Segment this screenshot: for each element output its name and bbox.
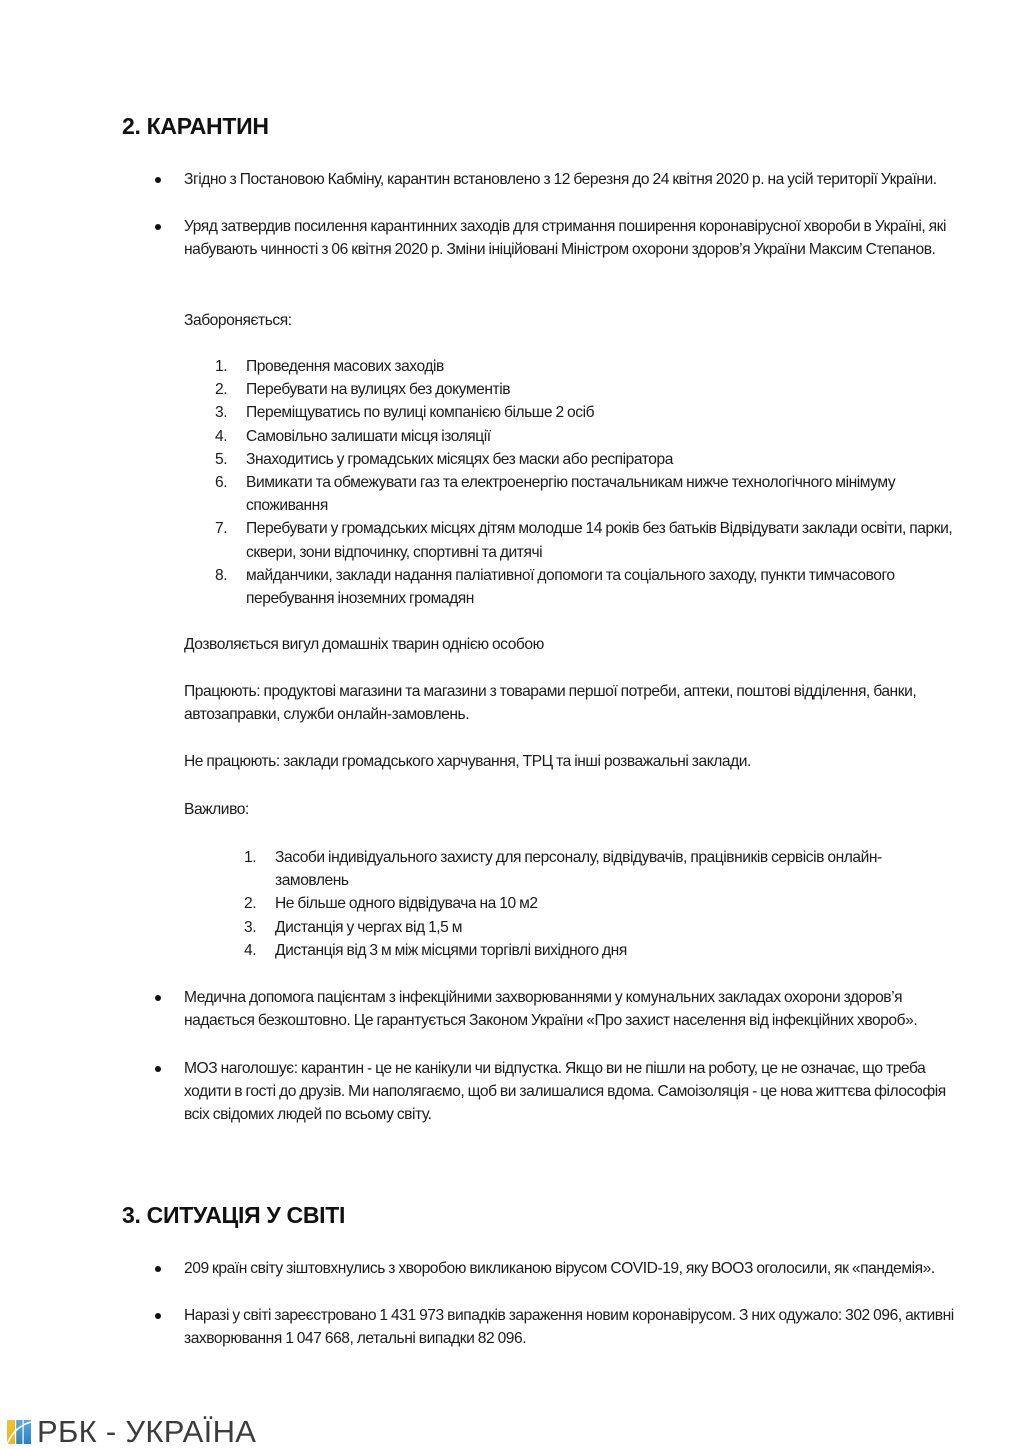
list-item: 4.Самовільно залишати місця ізоляції — [246, 425, 966, 448]
list-item: 5.Знаходитись у громадських місяцях без … — [246, 448, 966, 471]
forbidden-list: 1.Проведення масових заходів 2.Перебуват… — [246, 355, 966, 610]
bullet-item: 209 країн світу зіштовхнулись з хворобою… — [184, 1257, 964, 1280]
important-list: 1.Засоби індивідуального захисту для пер… — [275, 846, 955, 962]
bullet-item: МОЗ наголошує: карантин - це не канікули… — [184, 1057, 964, 1127]
section-3-heading: 3. СИТУАЦІЯ У СВІТІ — [122, 1202, 345, 1229]
document-page: 2. КАРАНТИН Згідно з Постановою Кабміну,… — [0, 0, 1024, 1449]
list-item: 3.Переміщуватись по вулиці компанією біл… — [246, 401, 966, 424]
forbidden-label: Забороняється: — [184, 309, 964, 332]
list-item: 7.Перебувати у громадських місцях дітям … — [246, 517, 966, 563]
rbc-logo-mark-icon — [7, 1420, 31, 1444]
list-item: 3.Дистанція у чергах від 1,5 м — [275, 916, 955, 939]
list-item: 6.Вимикати та обмежувати газ та електрое… — [246, 471, 966, 517]
important-label: Важливо: — [184, 798, 964, 821]
list-item: 8.майданчики, заклади надання паліативно… — [246, 564, 966, 610]
not-working-text: Не працюють: заклади громадського харчув… — [184, 750, 964, 773]
section-2-heading: 2. КАРАНТИН — [122, 113, 269, 140]
list-item: 2.Перебувати на вулицях без документів — [246, 378, 966, 401]
list-item: 1.Проведення масових заходів — [246, 355, 966, 378]
bullet-item: Уряд затвердив посилення карантинних зах… — [184, 215, 964, 261]
rbc-ukraine-logo: РБК - УКРАЇНА — [7, 1416, 256, 1447]
allowed-text: Дозволяється вигул домашніх тварин одніє… — [184, 633, 964, 656]
logo-text: РБК - УКРАЇНА — [37, 1416, 256, 1447]
list-item: 1.Засоби індивідуального захисту для пер… — [275, 846, 955, 892]
working-text: Працюють: продуктові магазини та магазин… — [184, 680, 964, 726]
bullet-item: Згідно з Постановою Кабміну, карантин вс… — [184, 168, 964, 191]
bullet-item: Наразі у світі зареєстровано 1 431 973 в… — [184, 1304, 964, 1350]
list-item: 4.Дистанція від 3 м між місцями торгівлі… — [275, 939, 955, 962]
list-item: 2.Не більше одного відвідувача на 10 м2 — [275, 892, 955, 915]
bullet-item: Медична допомога пацієнтам з інфекційним… — [184, 986, 964, 1032]
